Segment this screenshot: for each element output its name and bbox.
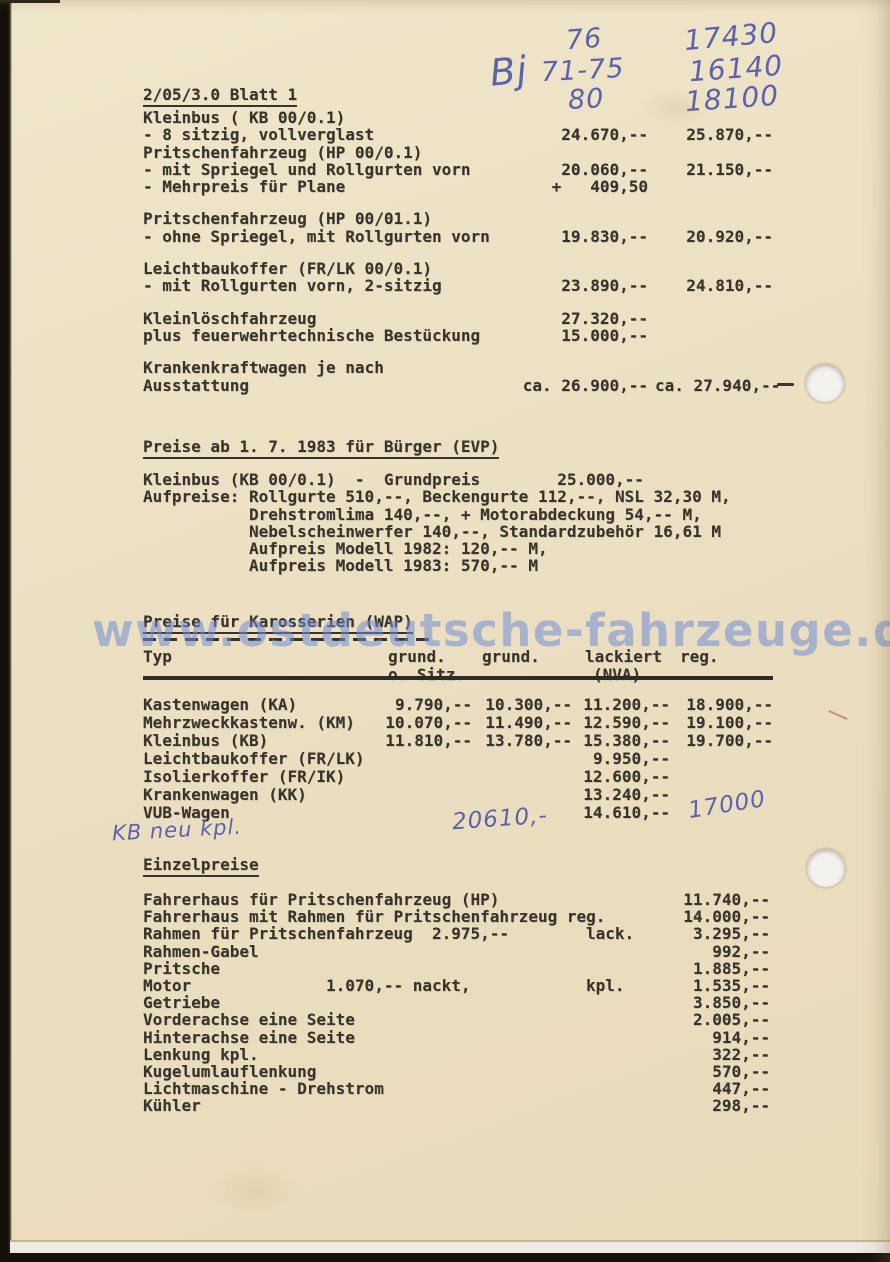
- body-type-label: Kastenwagen (KA): [143, 695, 297, 714]
- part-label: Hinterachse eine Seite: [143, 1028, 355, 1047]
- item-label: Kleinlöschfahrzeug: [143, 309, 316, 328]
- spacer: [143, 294, 803, 309]
- part-price: 11.740,--: [620, 890, 770, 909]
- col-header-grund-o-sitz: grund.: [388, 647, 446, 666]
- handwritten-vub-price: 17000: [686, 786, 767, 824]
- col-header-nva: (NVA): [593, 665, 641, 684]
- price-column-1: + 409,50: [498, 177, 648, 196]
- hole-punch-top: [806, 364, 844, 402]
- col-header-grund-o-sitz-2: o. Sitz.: [388, 665, 465, 684]
- spacer: [143, 343, 803, 358]
- dash-mark: [777, 383, 794, 386]
- evp-line: Kleinbus (KB 00/0.1) - Grundpreis 25.000…: [143, 470, 731, 487]
- part-label: Lichtmaschine - Drehstrom: [143, 1079, 384, 1098]
- part-price: 992,--: [620, 942, 770, 961]
- part-label: Getriebe: [143, 993, 220, 1012]
- handwritten-year: 71-75: [540, 53, 625, 88]
- item-label: Pritschenfahrzeug (HP 00/01.1): [143, 209, 432, 228]
- part-label: Pritsche: [143, 959, 220, 978]
- handwritten-kb-price: 20610,-: [451, 803, 548, 836]
- part-label: Rahmen für Pritschenfahrzeug 2.975,--: [143, 924, 509, 943]
- item-label: - ohne Spriegel, mit Rollgurten vorn: [143, 227, 490, 246]
- table-rule: [143, 676, 773, 680]
- karosserien-heading: Preise für Karosserien (WAP): [143, 612, 413, 634]
- col-header-grund: grund.: [482, 647, 540, 666]
- part-price: 322,--: [620, 1045, 770, 1064]
- evp-price-section: Kleinbus (KB 00/0.1) - Grundpreis 25.000…: [143, 470, 731, 574]
- part-label: Kühler: [143, 1096, 201, 1115]
- doc-number-heading: 2/05/3.0 Blatt 1: [143, 85, 297, 107]
- price-row: Krankenkraftwagen je nach: [143, 358, 803, 375]
- price-row: - mit Spriegel und Rollgurten vorn20.060…: [143, 160, 803, 177]
- body-type-label: Krankenwagen (KK): [143, 785, 307, 804]
- hole-punch-bottom: [807, 849, 845, 887]
- model-heading-row: Leichtbaukoffer (FR/LK 00/0.1): [143, 259, 803, 276]
- col-header-lackiert: lackiert: [585, 647, 662, 666]
- part-label: Motor 1.070,-- nackt,: [143, 976, 471, 995]
- price-reg: 19.700,--: [623, 731, 773, 750]
- part-price: 14.000,--: [620, 907, 770, 926]
- part-price: 570,--: [620, 1062, 770, 1081]
- body-type-label: Isolierkoffer (FR/IK): [143, 767, 345, 786]
- spacer: [143, 194, 803, 209]
- price-reg: 18.900,--: [623, 695, 773, 714]
- handwritten-year: 80: [567, 83, 605, 116]
- evp-heading: Preise ab 1. 7. 1983 für Bürger (EVP): [143, 437, 499, 459]
- price-column-1: ca. 26.900,--: [498, 376, 648, 395]
- item-label: Kleinbus ( KB 00/0.1): [143, 108, 345, 127]
- evp-line: Drehstromlima 140,--, + Motorabdeckung 5…: [143, 505, 731, 522]
- price-lackiert-nva: 13.240,--: [520, 785, 670, 804]
- part-label: Kugelumlauflenkung: [143, 1062, 316, 1081]
- item-label: - mit Rollgurten vorn, 2-sitzig: [143, 276, 442, 295]
- price-column-1: 19.830,--: [498, 227, 648, 246]
- scanned-price-list-page: 2/05/3.0 Blatt 1 Kleinbus ( KB 00/0.1)- …: [0, 0, 890, 1262]
- paper-stain: [210, 1165, 300, 1215]
- model-heading-row: Pritschenfahrzeug (HP 00/01.1): [143, 209, 803, 226]
- part-price: 2.005,--: [620, 1010, 770, 1029]
- scan-edge-left: [0, 0, 12, 1262]
- part-price: 3.295,--: [620, 924, 770, 943]
- evp-line: Nebelscheinwerfer 140,--, Standardzubehö…: [143, 522, 731, 539]
- handwritten-price: 18100: [684, 79, 780, 118]
- price-lackiert-nva: 12.600,--: [520, 767, 670, 786]
- item-label: Pritschenfahrzeug (HP 00/0.1): [143, 143, 422, 162]
- price-row: - mit Rollgurten vorn, 2-sitzig23.890,--…: [143, 276, 803, 293]
- part-price: 914,--: [620, 1028, 770, 1047]
- price-row: plus feuerwehrtechnische Bestückung15.00…: [143, 326, 803, 343]
- item-label: Krankenkraftwagen je nach: [143, 358, 384, 377]
- price-column-1: 23.890,--: [498, 276, 648, 295]
- scan-edge-top: [0, 0, 60, 3]
- part-price: 298,--: [620, 1096, 770, 1115]
- price-reg: 19.100,--: [623, 713, 773, 732]
- evp-line: Aufpreise: Rollgurte 510,--, Beckengurte…: [143, 487, 731, 504]
- part-label: Fahrerhaus für Pritschenfahrzeug (HP): [143, 890, 499, 909]
- price-column-2: 25.870,--: [655, 125, 773, 144]
- vehicle-price-section: Kleinbus ( KB 00/0.1)- 8 sitzig, vollver…: [143, 108, 803, 393]
- price-row: Ausstattungca. 26.900,--ca. 27.940,--: [143, 376, 803, 393]
- part-label: Rahmen-Gabel: [143, 942, 259, 961]
- price-row: - ohne Spriegel, mit Rollgurten vorn19.8…: [143, 227, 803, 244]
- model-heading-row: Pritschenfahrzeug (HP 00/0.1): [143, 143, 803, 160]
- price-column-2: 20.920,--: [655, 227, 773, 246]
- price-row: - 8 sitzig, vollverglast24.670,--25.870,…: [143, 125, 803, 142]
- price-column-1: 24.670,--: [498, 125, 648, 144]
- part-label: Vorderachse eine Seite: [143, 1010, 355, 1029]
- evp-line: Aufpreis Modell 1983: 570,-- M: [143, 556, 731, 573]
- handwritten-bj-mark: Bj: [488, 48, 530, 95]
- small-paper-mark: [828, 710, 847, 720]
- price-column-1: 20.060,--: [498, 160, 648, 179]
- part-price: 3.850,--: [620, 993, 770, 1012]
- item-label: - 8 sitzig, vollverglast: [143, 125, 374, 144]
- scan-edge-paper-bottom: [10, 1240, 890, 1253]
- evp-line: Aufpreis Modell 1982: 120,-- M,: [143, 539, 731, 556]
- part-label: Fahrerhaus mit Rahmen für Pritschenfahrz…: [143, 907, 605, 926]
- einzelpreise-heading: Einzelpreise: [143, 855, 259, 877]
- price-column-2: 21.150,--: [655, 160, 773, 179]
- price-column-2: 24.810,--: [655, 276, 773, 295]
- price-column-1: 27.320,--: [498, 309, 648, 328]
- price-column-1: 15.000,--: [498, 326, 648, 345]
- body-type-label: Leichtbaukoffer (FR/LK): [143, 749, 365, 768]
- spacer: [143, 244, 803, 259]
- price-qualifier: kpl.: [586, 976, 625, 995]
- item-label: - mit Spriegel und Rollgurten vorn: [143, 160, 471, 179]
- handwritten-year: 76: [565, 23, 603, 56]
- price-lackiert-nva: 9.950,--: [520, 749, 670, 768]
- item-label: - Mehrpreis für Plane: [143, 177, 345, 196]
- part-price: 1.885,--: [620, 959, 770, 978]
- part-price: 447,--: [620, 1079, 770, 1098]
- item-label: plus feuerwehrtechnische Bestückung: [143, 326, 480, 345]
- dashed-underline: [143, 638, 435, 641]
- scan-edge-bottom: [0, 1253, 890, 1262]
- item-label: Ausstattung: [143, 376, 249, 395]
- price-column-2: ca. 27.940,--: [655, 376, 773, 395]
- col-header-reg: reg.: [680, 647, 719, 666]
- part-label: Lenkung kpl.: [143, 1045, 259, 1064]
- part-price: 1.535,--: [620, 976, 770, 995]
- handwritten-kb-note: KB neu kpl.: [111, 815, 242, 846]
- body-type-label: Kleinbus (KB): [143, 731, 268, 750]
- price-row: - Mehrpreis für Plane+ 409,50: [143, 177, 803, 194]
- price-row: Kleinlöschfahrzeug27.320,--: [143, 309, 803, 326]
- col-header-typ: Typ: [143, 647, 172, 666]
- item-label: Leichtbaukoffer (FR/LK 00/0.1): [143, 259, 432, 278]
